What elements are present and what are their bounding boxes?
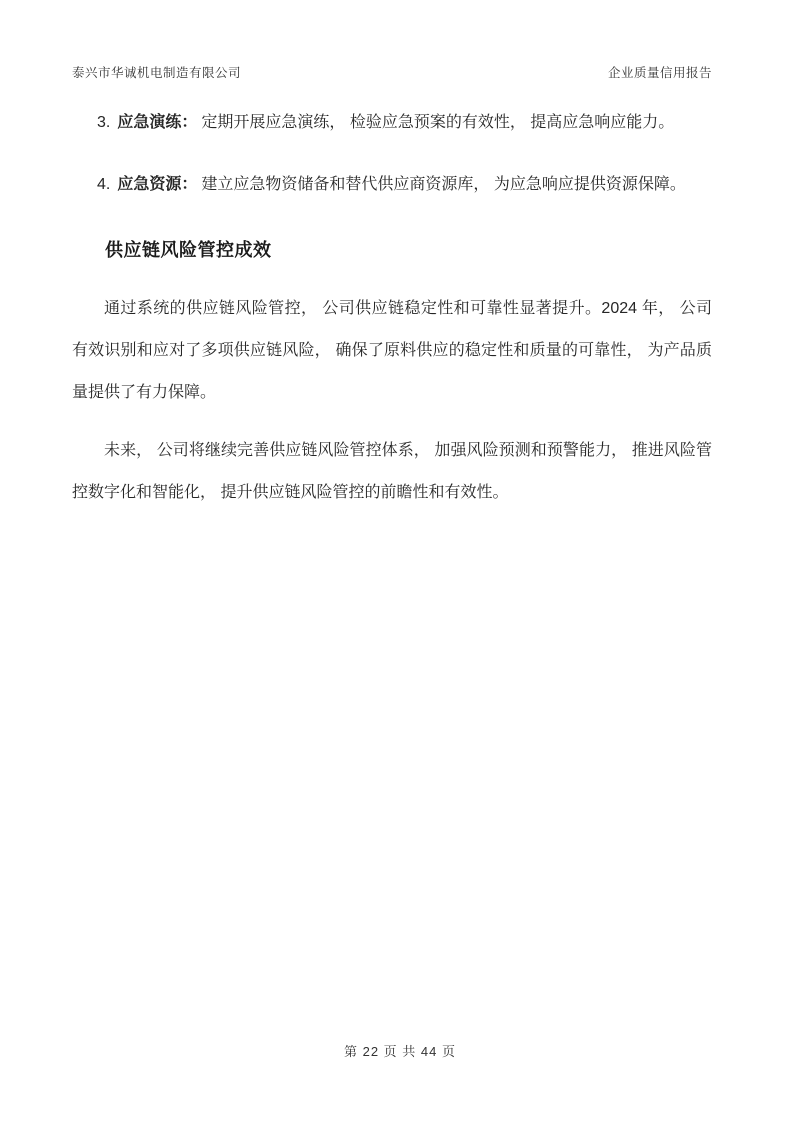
page-footer: 第 22 页 共 44 页 — [0, 1041, 800, 1060]
numbered-list: 3.应急演练：定期开展应急演练， 检验应急预案的有效性， 提高应急响应能力。 4… — [72, 111, 712, 197]
page-content: 3.应急演练：定期开展应急演练， 检验应急预案的有效性， 提高应急响应能力。 4… — [72, 111, 712, 514]
section-heading: 供应链风险管控成效 — [105, 236, 712, 262]
header-report-title: 企业质量信用报告 — [608, 63, 712, 81]
list-item-text: 建立应急物资储备和替代供应商资源库， 为应急响应提供资源保障。 — [201, 176, 685, 193]
list-item: 4.应急资源：建立应急物资储备和替代供应商资源库， 为应急响应提供资源保障。 — [72, 173, 712, 197]
header-company-name: 泰兴市华诚机电制造有限公司 — [72, 63, 241, 81]
list-item-label: 应急资源 — [117, 176, 181, 193]
list-item: 3.应急演练：定期开展应急演练， 检验应急预案的有效性， 提高应急响应能力。 — [72, 111, 712, 135]
list-item-text: 定期开展应急演练， 检验应急预案的有效性， 提高应急响应能力。 — [201, 114, 674, 131]
list-item-number: 3. — [97, 114, 110, 131]
list-item-colon: ： — [181, 176, 197, 193]
body-paragraph: 通过系统的供应链风险管控， 公司供应链稳定性和可靠性显著提升。2024 年， 公… — [72, 288, 712, 414]
list-item-number: 4. — [97, 176, 110, 193]
body-paragraph: 未来， 公司将继续完善供应链风险管控体系， 加强风险预测和预警能力， 推进风险管… — [72, 430, 712, 514]
page-header: 泰兴市华诚机电制造有限公司 企业质量信用报告 — [72, 63, 712, 81]
document-page: 泰兴市华诚机电制造有限公司 企业质量信用报告 3.应急演练：定期开展应急演练， … — [0, 0, 800, 1131]
list-item-label: 应急演练 — [117, 114, 181, 131]
list-item-colon: ： — [181, 114, 197, 131]
page-number-indicator: 第 22 页 共 44 页 — [344, 1044, 456, 1059]
